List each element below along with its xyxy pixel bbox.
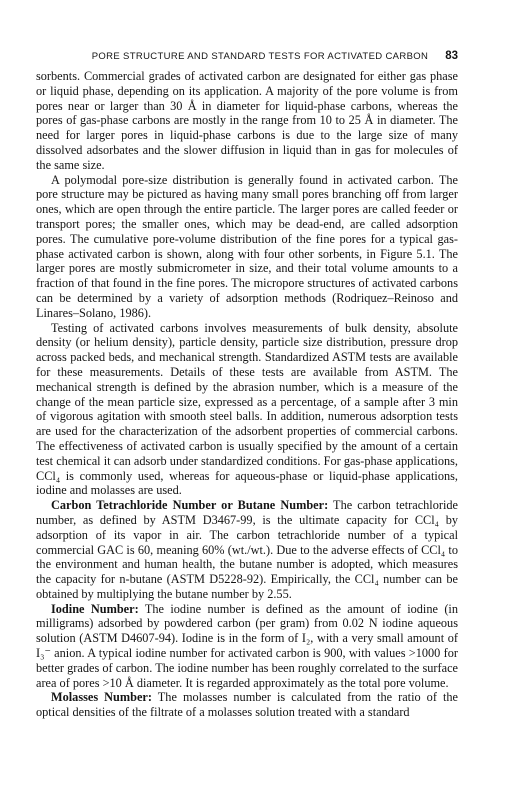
paragraph-text: The carbon tetrachloride number, as defi…: [36, 498, 458, 601]
paragraph-iodine-number: Iodine Number: The iodine number is defi…: [36, 602, 458, 691]
book-page: PORE STRUCTURE AND STANDARD TESTS FOR AC…: [0, 0, 528, 800]
running-title: PORE STRUCTURE AND STANDARD TESTS FOR AC…: [92, 51, 428, 62]
paragraph-lead: Molasses Number:: [51, 690, 152, 704]
paragraph-continuation: sorbents. Commercial grades of activated…: [36, 69, 458, 173]
paragraph-text: Testing of activated carbons involves me…: [36, 321, 458, 498]
paragraph-text: sorbents. Commercial grades of activated…: [36, 69, 458, 172]
paragraph-carbon-tetrachloride-number: Carbon Tetrachloride Number or Butane Nu…: [36, 498, 458, 602]
paragraph-text: A polymodal pore-size distribution is ge…: [36, 173, 458, 320]
paragraph-polymodal: A polymodal pore-size distribution is ge…: [36, 173, 458, 321]
page-number: 83: [445, 50, 458, 62]
page-body: sorbents. Commercial grades of activated…: [36, 69, 458, 720]
paragraph-lead: Iodine Number:: [51, 602, 139, 616]
paragraph-lead: Carbon Tetrachloride Number or Butane Nu…: [51, 498, 328, 512]
paragraph-testing: Testing of activated carbons involves me…: [36, 321, 458, 499]
running-header: PORE STRUCTURE AND STANDARD TESTS FOR AC…: [36, 50, 458, 62]
paragraph-molasses-number: Molasses Number: The molasses number is …: [36, 690, 458, 720]
